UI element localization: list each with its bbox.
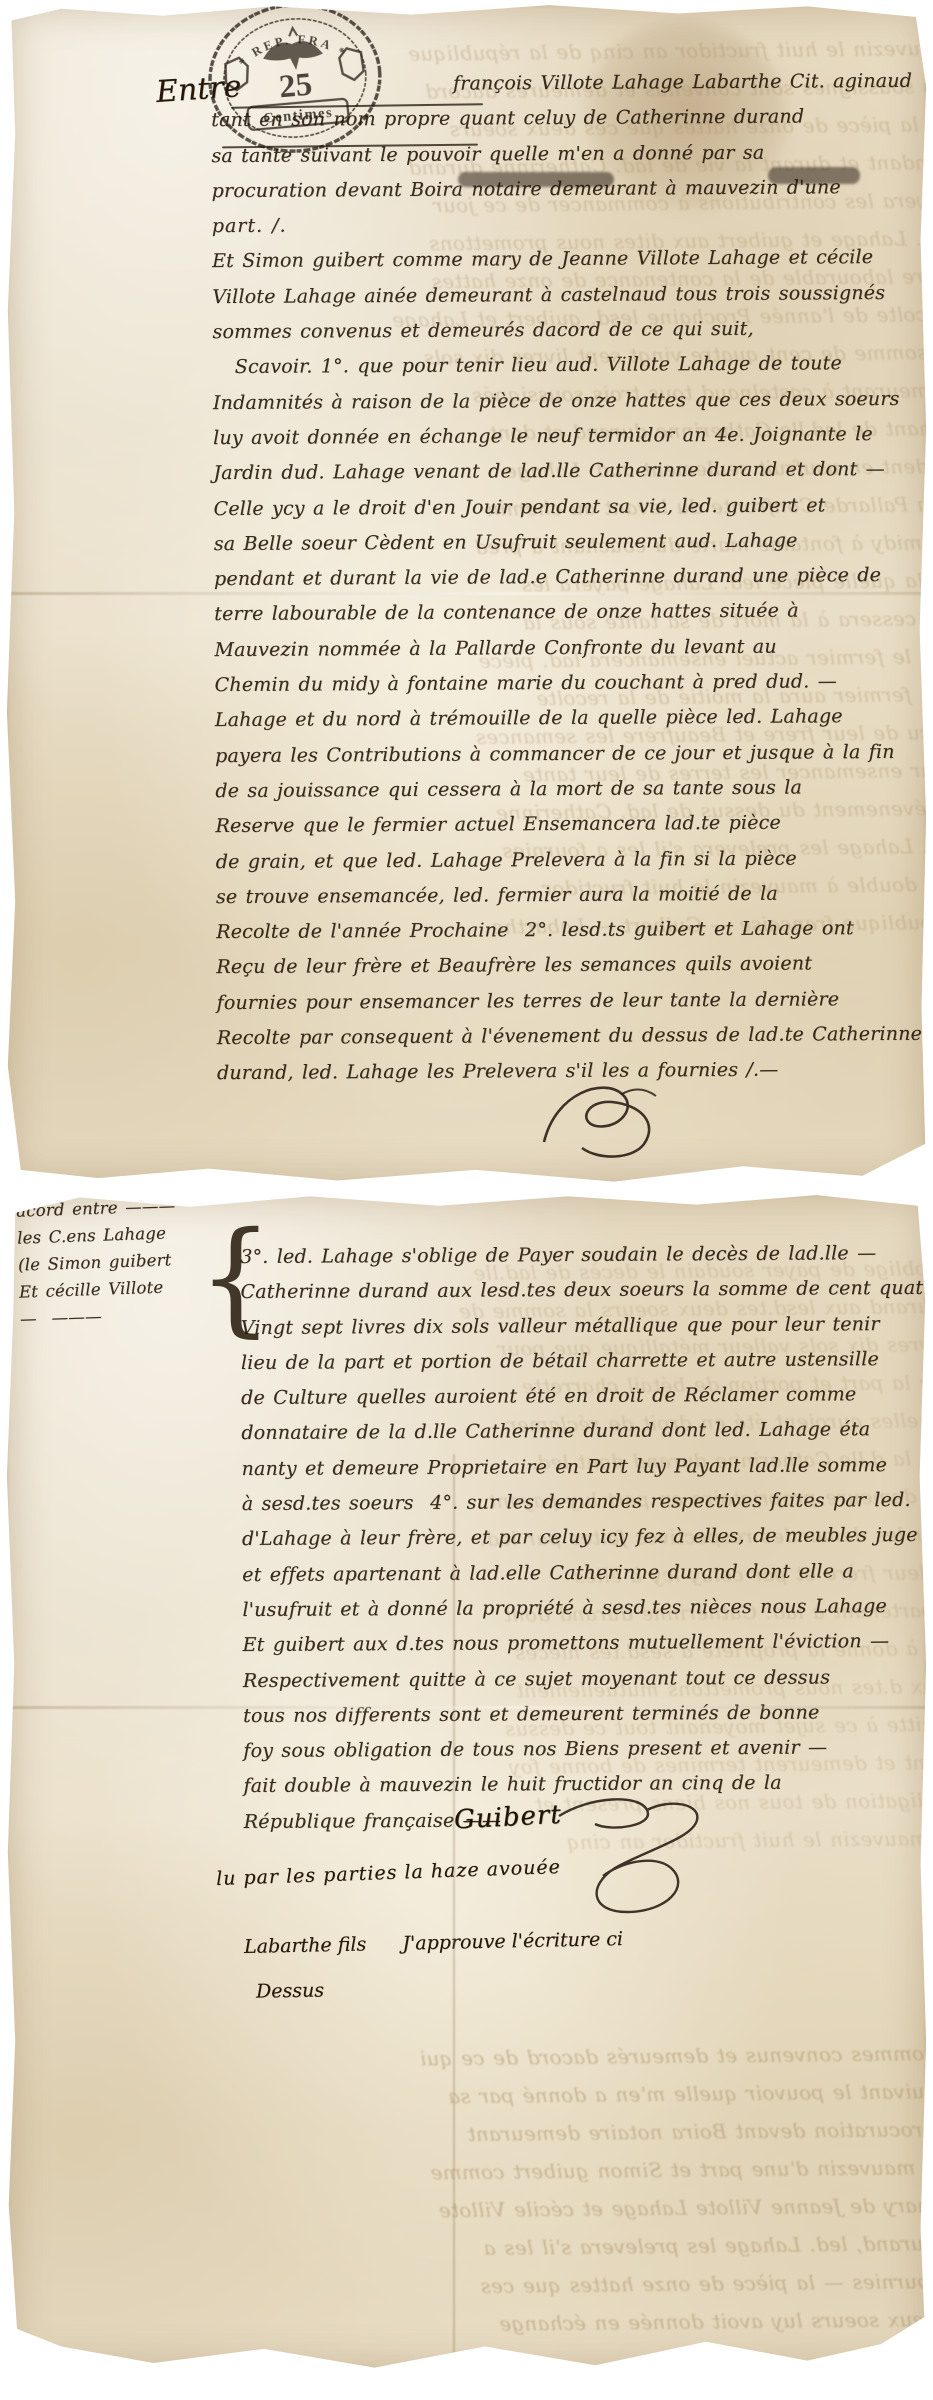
fold-crease <box>453 1454 455 2359</box>
manuscript-line: et effets apartenant à lad.elle Catherin… <box>242 1554 902 1593</box>
manuscript-line: l'usufruit et à donné la propriété à ses… <box>242 1589 902 1628</box>
manuscript-line: donnataire de la d.lle Catherinne durand… <box>241 1412 901 1451</box>
manuscript-line: Villote Lahage ainée demeurant à casteln… <box>212 276 892 315</box>
manuscript-line: Reçu de leur frère et Beaufrère les sema… <box>216 946 896 985</box>
manuscript-line: nanty et demeure Proprietaire en Part lu… <box>241 1448 901 1487</box>
manuscript-line: Indamnités à raison de la pièce de onze … <box>213 382 893 421</box>
manuscript-line: Mauvezin nommée à la Pallarde Confronte … <box>214 629 894 668</box>
signature-flourish <box>551 1790 751 1930</box>
manuscript-line: françois Villote Lahage Labarthe Cit. ag… <box>211 64 891 103</box>
manuscript-text-page-1: françois Villote Lahage Labarthe Cit. ag… <box>211 64 897 1092</box>
manuscript-line: terre labourable de la contenance de onz… <box>214 593 894 632</box>
ink-overwrite <box>768 167 860 184</box>
manuscript-text-page-2: 3°. led. Lahage s'oblige de Payer soudai… <box>240 1236 904 1840</box>
manuscript-line: Chemin du midy à fontaine marie du couch… <box>215 664 895 703</box>
manuscript-line: foy sous obligation de tous nos Biens pr… <box>243 1730 903 1769</box>
document-page-2: s'oblige de payer soudain le decès de la… <box>6 1194 927 2370</box>
manuscript-line: Et Simon guibert comme mary de Jeanne Vi… <box>212 240 892 279</box>
manuscript-line: Recolte par consequent à l'évenement du … <box>217 1017 897 1056</box>
document-scan: mauvezin le huit fructidor an cinq de la… <box>0 0 933 2400</box>
manuscript-line: mary de Jeanne Villote Lahage et cécile … <box>6 2186 927 2234</box>
manuscript-line: fournies pour ensemancer les terres de l… <box>216 982 896 1021</box>
manuscript-line: Reserve que le fermier actuel Ensemancer… <box>215 805 895 844</box>
manuscript-line: d'Lahage à leur frère, et par celuy icy … <box>242 1518 902 1557</box>
document-page-1: mauvezin le huit fructidor an cinq de la… <box>6 4 927 1184</box>
manuscript-line: Et guibert aux d.tes nous promettons mut… <box>243 1624 903 1663</box>
manuscript-line: deux soeurs luy avoit donnée en échange <box>6 2300 927 2348</box>
manuscript-line: tous nos differents sont et demeurent te… <box>243 1695 903 1734</box>
fold-crease <box>6 592 927 595</box>
manuscript-line: Respectivement quitte à ce sujet moyenan… <box>243 1660 903 1699</box>
manuscript-line: suivant le pouvoir quelle m'en a donné p… <box>6 2072 927 2120</box>
manuscript-line: Vingt sept livres dix sols valleur métal… <box>241 1307 901 1346</box>
fold-crease <box>6 1706 927 1709</box>
manuscript-line: 3°. led. Lahage s'oblige de Payer soudai… <box>240 1236 900 1275</box>
manuscript-line: de sa jouissance qui cessera à la mort d… <box>215 770 895 809</box>
manuscript-line: Lahage et du nord à trémouille de la que… <box>215 699 895 738</box>
manuscript-line: de grain, et que led. Lahage Prelevera à… <box>216 840 896 879</box>
bleed-through-text: sommes convenus et demeurés dacord de ce… <box>6 2034 927 2348</box>
ink-overwrite <box>458 172 614 187</box>
manuscript-line: procuration devant Boira notaire demeura… <box>6 2110 927 2158</box>
manuscript-line: payera les Contributions à commancer de … <box>215 735 895 774</box>
manuscript-line: sommes convenus et demeurés dacord de ce… <box>6 2034 927 2082</box>
manuscript-line: Catherinne durand aux lesd.tes deux soeu… <box>240 1271 900 1310</box>
manuscript-line: de Culture quelles auroient été en droit… <box>241 1377 901 1416</box>
manuscript-line: durand, led. Lahage les prelevera s'il l… <box>6 2224 927 2272</box>
manuscript-line: se trouve ensemancée, led. fermier aura … <box>216 876 896 915</box>
manuscript-line: Recolte de l'année Prochaine 2°. lesd.ts… <box>216 911 896 950</box>
manuscript-line: luy avoit donnée en échange le neuf term… <box>213 417 893 456</box>
approval-line: Labarthe fils J'approuve l'écriture ci <box>244 1928 623 1958</box>
manuscript-line: lieu de la part et portion de bétail cha… <box>241 1342 901 1381</box>
approval-line-2: Dessus <box>256 1979 324 2002</box>
manuscript-line: à sesd.tes soeurs 4°. sur les demandes r… <box>242 1483 902 1522</box>
paraph-signature <box>526 1072 676 1172</box>
manuscript-line: Jardin dud. Lahage venant de lad.lle Cat… <box>213 452 893 491</box>
closing-mention: lu par les parties la haze avouée <box>216 1856 561 1890</box>
manuscript-line: à mauvezin d'une part et Simon guibert c… <box>6 2148 927 2196</box>
manuscript-line: fournies — la pièce de onze hattes que c… <box>6 2262 927 2310</box>
manuscript-line: sommes convenus et demeurés dacord de ce… <box>212 311 892 350</box>
manuscript-line: part. /. <box>212 205 892 244</box>
manuscript-line: Scavoir. 1°. que pour tenir lieu aud. Vi… <box>213 346 893 385</box>
manuscript-line: Celle ycy a le droit d'en Jouir pendant … <box>213 487 893 526</box>
manuscript-line: sa Belle soeur Cèdent en Usufruit seulem… <box>214 523 894 562</box>
